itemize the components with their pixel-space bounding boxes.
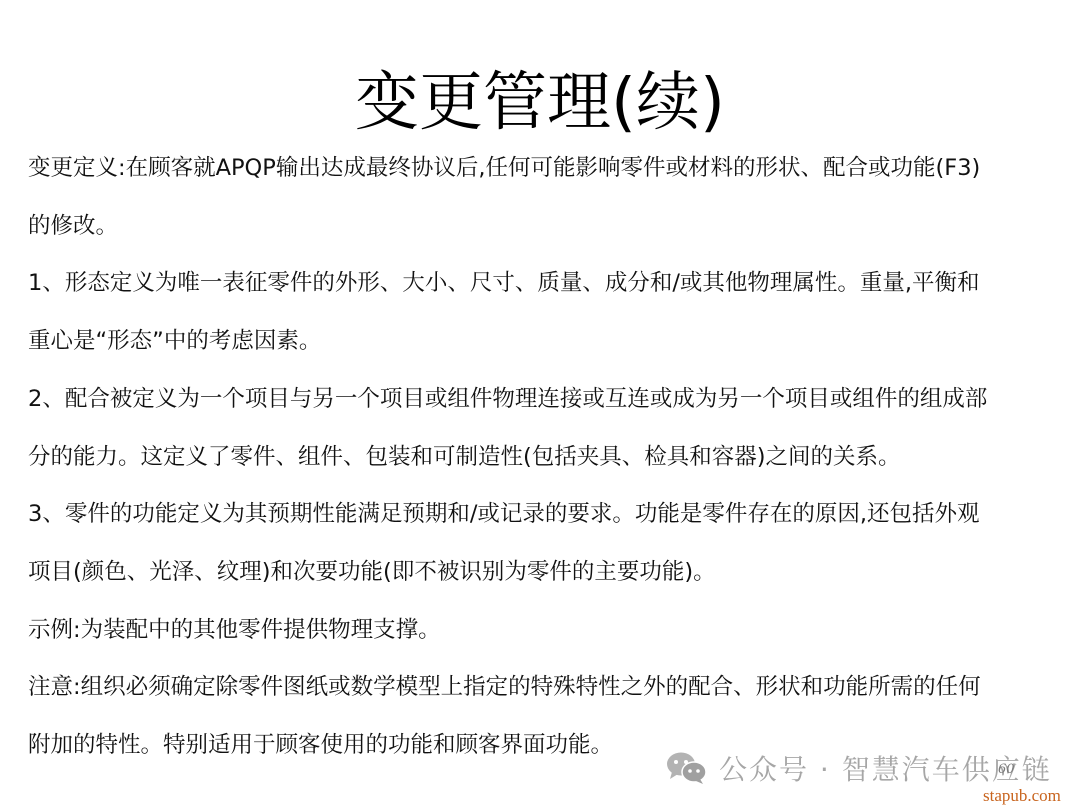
body-line-definition: 变更定义:在顾客就APQP输出达成最终协议后,任何可能影响零件或材料的形状、配合… bbox=[28, 153, 980, 183]
body-line-fit: 2、配合被定义为一个项目与另一个项目或组件物理连接或互连或成为另一个项目或组件的… bbox=[28, 384, 987, 414]
body-line-function: 3、零件的功能定义为其预期性能满足预期和/或记录的要求。功能是零件存在的原因,还… bbox=[28, 499, 980, 529]
page-number: 60 bbox=[998, 762, 1015, 777]
body-line-note-cont: 附加的特性。特别适用于顾客使用的功能和顾客界面功能。 bbox=[28, 730, 613, 760]
slide-title: 变更管理(续) bbox=[0, 58, 1080, 148]
body-line-example: 示例:为装配中的其他零件提供物理支撑。 bbox=[28, 615, 441, 645]
body-line-form: 1、形态定义为唯一表征零件的外形、大小、尺寸、质量、成分和/或其他物理属性。重量… bbox=[28, 268, 980, 298]
site-watermark: stapub.com bbox=[983, 786, 1061, 806]
body-line-function-cont: 项目(颜色、光泽、纹理)和次要功能(即不被识别为零件的主要功能)。 bbox=[28, 557, 716, 587]
wechat-icon bbox=[665, 750, 709, 786]
body-line-note: 注意:组织必须确定除零件图纸或数学模型上指定的特殊特性之外的配合、形状和功能所需… bbox=[28, 672, 981, 702]
body-line-fit-cont: 分的能力。这定义了零件、组件、包装和可制造性(包括夹具、检具和容器)之间的关系。 bbox=[28, 442, 901, 472]
body-line-form-cont: 重心是“形态”中的考虑因素。 bbox=[28, 326, 321, 356]
watermark: 公众号 · 智慧汽车供应链 bbox=[665, 748, 1052, 788]
body-line-definition-cont: 的修改。 bbox=[28, 211, 118, 241]
